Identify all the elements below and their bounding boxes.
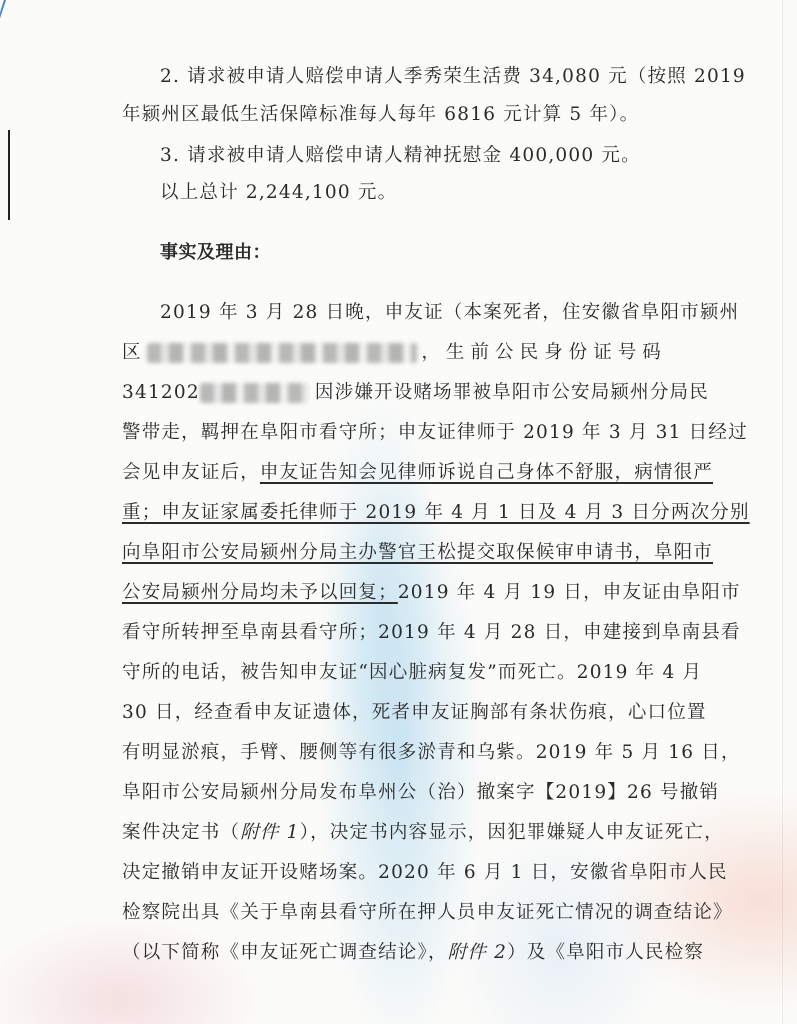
redacted-address [147, 343, 417, 363]
facts-line: 看守所转押至阜南县看守所；2019 年 4 月 28 日，申建接到阜南县看 [122, 620, 662, 646]
attachment-ref: 附件 2 [448, 942, 507, 963]
facts-line: 检察院出具《关于阜南县看守所在押人员申友证死亡情况的调查结论》 [122, 900, 662, 926]
attachment-ref: 附件 1 [240, 822, 299, 843]
facts-line: 30 日，经查看申友证遗体，死者申友证胸部有条状伤痕，心口位置 [122, 700, 662, 726]
redacted-id-number [200, 383, 308, 403]
claim-item-3: 3. 请求被申请人赔偿申请人精神抚慰金 400,000 元。 [160, 143, 662, 169]
facts-line-underlined: 重；申友证家属委托律师于 2019 年 4 月 1 日及 4 月 3 日分两次分… [122, 500, 662, 526]
facts-line: 案件决定书（附件 1），决定书内容显示，因犯罪嫌疑人申友证死亡， [122, 820, 662, 846]
facts-line: （以下简称《申友证死亡调查结论》，附件 2）及《阜阳市人民检察 [122, 940, 662, 966]
underlined-text: 公安局颍州分局均未予以回复； [122, 582, 398, 603]
facts-heading: 事实及理由： [160, 240, 662, 266]
facts-text: 会见申友证后， [122, 462, 260, 483]
facts-text: 2019 年 4 月 19 日，申友证由阜阳市 [398, 582, 741, 603]
facts-text: ）及《阜阳市人民检察 [507, 942, 704, 963]
facts-text: （以下简称《申友证死亡调查结论》， [122, 942, 448, 963]
facts-line: 区，生前公民身份证号码 [122, 340, 662, 366]
facts-line: 有明显淤痕，手臂、腰侧等有很多淤青和乌紫。2019 年 5 月 16 日， [122, 740, 662, 766]
underlined-text: 申友证告知会见律师诉说自己身体不舒服，病情很严 [260, 462, 713, 483]
claim-item-2-line-2: 年颍州区最低生活保障标准每人每年 6816 元计算 5 年）。 [122, 102, 662, 128]
claim-item-2-line-1: 2. 请求被申请人赔偿申请人季秀荣生活费 34,080 元（按照 2019 [160, 64, 662, 90]
scan-edge-shadow [8, 130, 10, 220]
page-edge [782, 0, 783, 1024]
claim-total: 以上总计 2,244,100 元。 [160, 180, 662, 206]
facts-line: 守所的电话，被告知申友证“因心脏病复发”而死亡。2019 年 4 月 [122, 660, 662, 686]
facts-line-underlined: 向阜阳市公安局颍州分局主办警官王松提交取保候审申请书，阜阳市 [122, 540, 662, 566]
facts-text: ），决定书内容显示，因犯罪嫌疑人申友证死亡， [300, 822, 724, 843]
facts-text: 案件决定书（ [122, 822, 240, 843]
facts-text: 因涉嫌开设赌场罪被阜阳市公安局颍州分局民 [315, 382, 709, 403]
facts-line: 阜阳市公安局颍州分局发布阜州公（治）撤案字【2019】26 号撤销 [122, 780, 662, 806]
facts-line: 公安局颍州分局均未予以回复；2019 年 4 月 19 日，申友证由阜阳市 [122, 580, 662, 606]
facts-text: 341202 [122, 382, 200, 403]
facts-line: 341202 因涉嫌开设赌场罪被阜阳市公安局颍州分局民 [122, 380, 662, 406]
facts-line: 警带走，羁押在阜阳市看守所；申友证律师于 2019 年 3 月 31 日经过 [122, 420, 662, 446]
facts-line: 决定撤销申友证开设赌场案。2020 年 6 月 1 日，安徽省阜阳市人民 [122, 860, 662, 886]
facts-text: ，生前公民身份证号码 [417, 342, 662, 363]
facts-text: 区 [122, 342, 147, 363]
facts-line: 会见申友证后，申友证告知会见律师诉说自己身体不舒服，病情很严 [122, 460, 662, 486]
facts-line: 2019 年 3 月 28 日晚，申友证（本案死者，住安徽省阜阳市颍州 [160, 300, 662, 326]
